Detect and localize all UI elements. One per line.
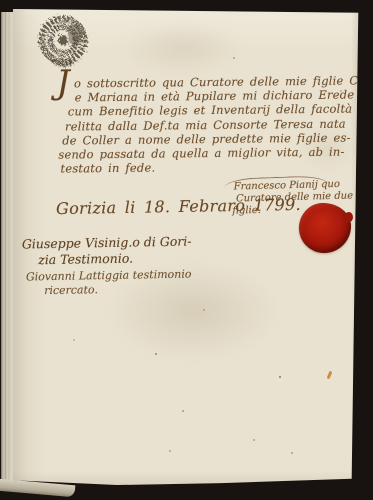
paper-fleck [327,371,333,380]
paper-specks [13,9,15,11]
witness-entry: Giovanni Lattiggia testimonio ricercato. [26,268,192,298]
witness-line: ricercato. [44,281,192,297]
witness-line: zia Testimonio. [38,249,192,267]
paper-stain [123,23,243,73]
photo-frame: Jo sottoscritto qua Curatore delle mie f… [0,0,373,500]
manuscript-page: Jo sottoscritto qua Curatore delle mie f… [13,9,360,485]
witness-line: Giovanni Lattiggia testimonio [26,268,192,284]
witness-line: Giuseppe Visinig.o di Gori- [22,234,192,252]
body-paragraph: Jo sottoscritto qua Curatore delle mie f… [56,73,361,176]
witness-entry: Giuseppe Visinig.o di Gori- zia Testimon… [22,234,192,268]
wax-seal [299,203,351,253]
book-page-edges [1,12,15,490]
body-line: testato in fede. [60,159,361,176]
